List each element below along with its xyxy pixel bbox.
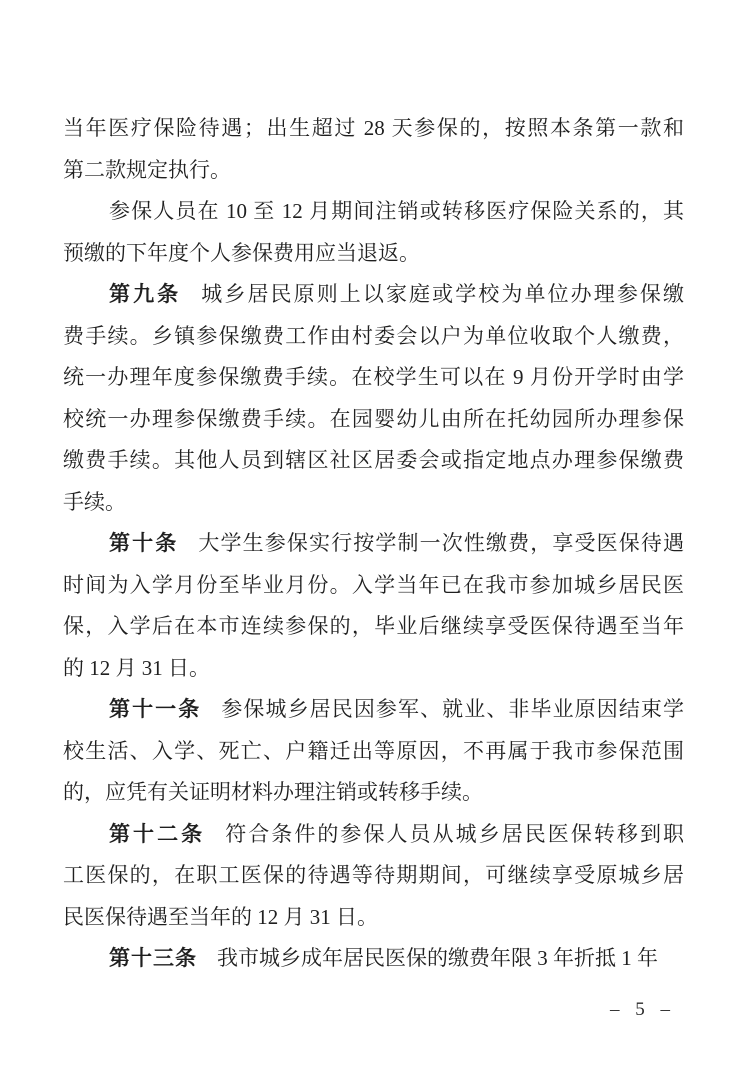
paragraph: 当年医疗保险待遇；出生超过 28 天参保的，按照本条第一款和 第二款规定执行。 bbox=[63, 108, 684, 191]
paragraph-article-10: 第十条大学生参保实行按学制一次性缴费，享受医保待遇 时间为入学月份至毕业月份。入… bbox=[63, 523, 684, 689]
article-text: 城乡居民原则上以家庭或学校为单位办理参保缴 bbox=[201, 282, 684, 306]
text-line: 保，入学后在本市连续参保的，毕业后继续享受医保待遇至当年 bbox=[63, 606, 684, 648]
text-line: 参保人员在 10 至 12 月期间注销或转移医疗保险关系的，其 bbox=[63, 191, 684, 233]
page-number: – 5 – bbox=[610, 999, 670, 1021]
article-number: 第十条 bbox=[109, 532, 178, 555]
document-body: 当年医疗保险待遇；出生超过 28 天参保的，按照本条第一款和 第二款规定执行。 … bbox=[63, 108, 684, 980]
text-line: 当年医疗保险待遇；出生超过 28 天参保的，按照本条第一款和 bbox=[63, 108, 684, 150]
text-line: 校生活、入学、死亡、户籍迁出等原因，不再属于我市参保范围 bbox=[63, 731, 684, 773]
text-line: 第二款规定执行。 bbox=[63, 150, 684, 192]
text-line: 校统一办理参保缴费手续。在园婴幼儿由所在托幼园所办理参保 bbox=[63, 399, 684, 441]
article-text: 我市城乡成年居民医保的缴费年限 3 年折抵 1 年 bbox=[217, 946, 658, 970]
text-line: 的，应凭有关证明材料办理注销或转移手续。 bbox=[63, 772, 684, 814]
text-line: 第九条城乡居民原则上以家庭或学校为单位办理参保缴 bbox=[63, 274, 684, 316]
text-line: 第十条大学生参保实行按学制一次性缴费，享受医保待遇 bbox=[63, 523, 684, 565]
document-page: 当年医疗保险待遇；出生超过 28 天参保的，按照本条第一款和 第二款规定执行。 … bbox=[0, 0, 747, 1090]
text-line: 统一办理年度参保缴费手续。在校学生可以在 9 月份开学时由学 bbox=[63, 357, 684, 399]
paragraph-article-9: 第九条城乡居民原则上以家庭或学校为单位办理参保缴 费手续。乡镇参保缴费工作由村委… bbox=[63, 274, 684, 523]
article-number: 第九条 bbox=[109, 283, 181, 306]
paragraph: 参保人员在 10 至 12 月期间注销或转移医疗保险关系的，其 预缴的下年度个人… bbox=[63, 191, 684, 274]
text-line: 预缴的下年度个人参保费用应当退返。 bbox=[63, 233, 684, 275]
text-line: 第十二条符合条件的参保人员从城乡居民医保转移到职 bbox=[63, 814, 684, 856]
article-text: 参保城乡居民因参军、就业、非毕业原因结束学 bbox=[221, 697, 684, 721]
text-line: 民医保待遇至当年的 12 月 31 日。 bbox=[63, 897, 684, 939]
text-line: 手续。 bbox=[63, 482, 684, 524]
article-number: 第十二条 bbox=[109, 823, 205, 846]
text-line: 的 12 月 31 日。 bbox=[63, 648, 684, 690]
paragraph-article-11: 第十一条参保城乡居民因参军、就业、非毕业原因结束学 校生活、入学、死亡、户籍迁出… bbox=[63, 689, 684, 814]
text-line: 第十三条我市城乡成年居民医保的缴费年限 3 年折抵 1 年 bbox=[63, 938, 684, 980]
paragraph-article-12: 第十二条符合条件的参保人员从城乡居民医保转移到职 工医保的，在职工医保的待遇等待… bbox=[63, 814, 684, 939]
article-number: 第十一条 bbox=[109, 698, 201, 721]
text-line: 工医保的，在职工医保的待遇等待期期间，可继续享受原城乡居 bbox=[63, 855, 684, 897]
article-number: 第十三条 bbox=[109, 947, 197, 970]
text-line: 第十一条参保城乡居民因参军、就业、非毕业原因结束学 bbox=[63, 689, 684, 731]
text-line: 费手续。乡镇参保缴费工作由村委会以户为单位收取个人缴费， bbox=[63, 316, 684, 358]
article-text: 大学生参保实行按学制一次性缴费，享受医保待遇 bbox=[198, 531, 684, 555]
text-line: 缴费手续。其他人员到辖区社区居委会或指定地点办理参保缴费 bbox=[63, 440, 684, 482]
paragraph-article-13: 第十三条我市城乡成年居民医保的缴费年限 3 年折抵 1 年 bbox=[63, 938, 684, 980]
article-text: 符合条件的参保人员从城乡居民医保转移到职 bbox=[225, 822, 684, 846]
text-line: 时间为入学月份至毕业月份。入学当年已在我市参加城乡居民医 bbox=[63, 565, 684, 607]
